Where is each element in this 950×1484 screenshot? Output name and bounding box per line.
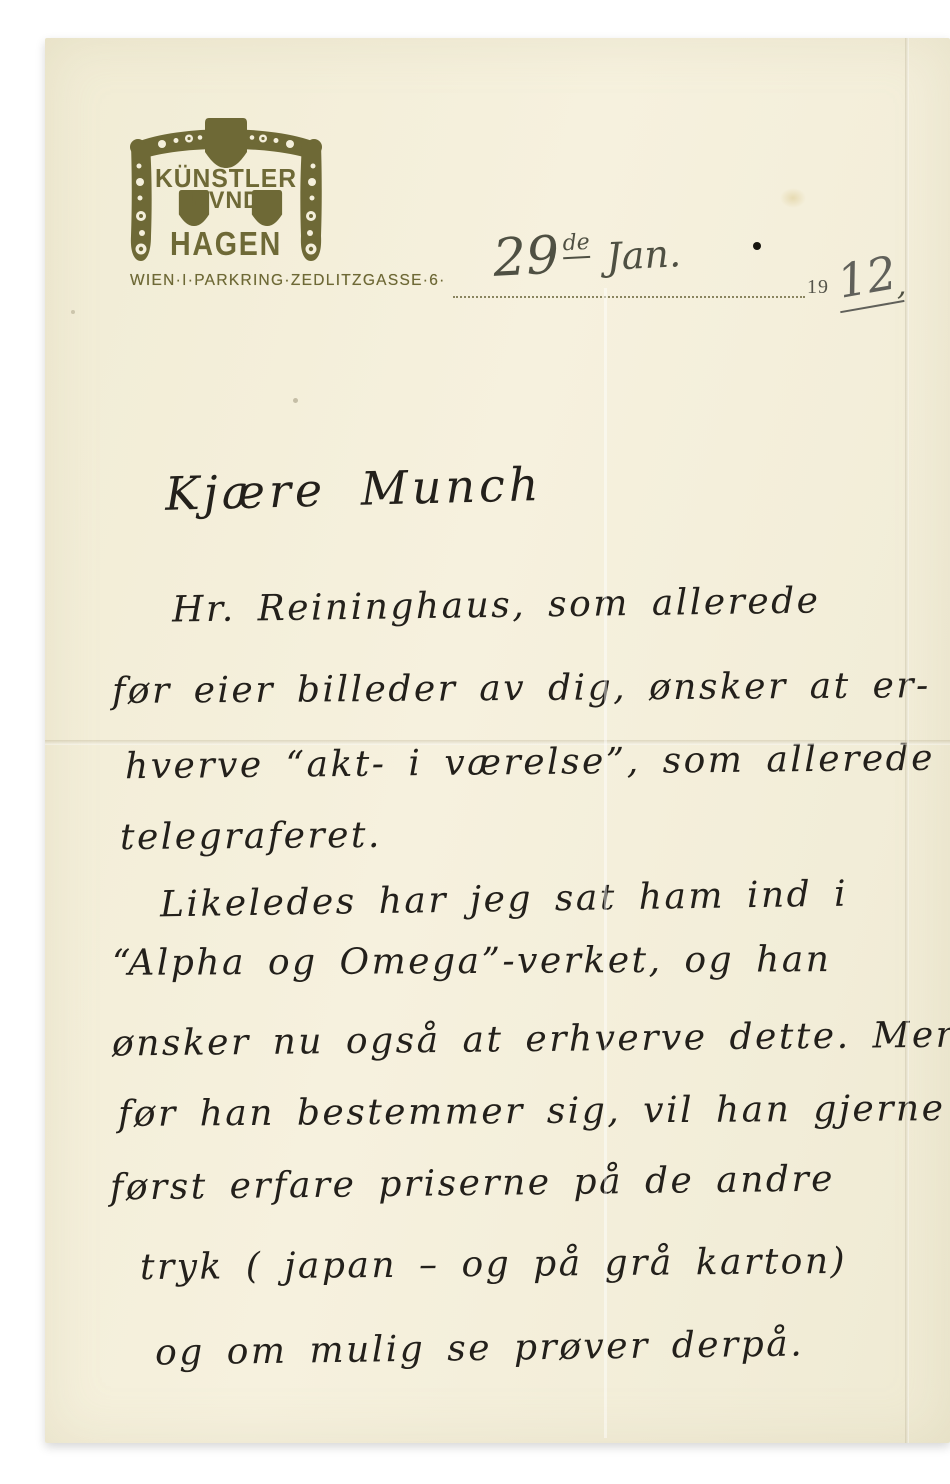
logo-shield-center <box>205 118 247 168</box>
letter-line: Likeledes har jeg sat ham ind i <box>160 874 849 926</box>
letter-line: Hr. Reininghaus, som allerede <box>172 580 821 630</box>
letter-line: tryk ( japan – og på grå karton) <box>140 1241 847 1288</box>
salutation: Kjære Munch <box>164 457 543 521</box>
paper-speck <box>71 310 75 314</box>
letter-line: telegraferet. <box>120 815 382 858</box>
letterhead-address: WIEN·I·PARKRING·ZEDLITZGASSE·6· <box>130 272 446 290</box>
logo-text-hagen: HAGEN <box>170 225 282 262</box>
handwritten-date: 29deJan. <box>492 219 683 289</box>
paper-stain <box>780 188 806 208</box>
ink-blot <box>753 242 761 250</box>
logo-text-bvnd: BVND <box>191 187 261 214</box>
paper-speck <box>293 398 298 403</box>
letter-line: før eier billeder av dig, ønsker at er- <box>112 665 931 712</box>
date-trailing-mark: , <box>897 268 907 303</box>
letter-paper: KÜNSTLER BVND HAGEN WIEN·I·PARKRING·ZEDL… <box>45 38 950 1443</box>
kunstlerbund-hagen-logo: KÜNSTLER BVND HAGEN <box>122 114 330 264</box>
date-day-suffix: de <box>562 230 591 259</box>
letter-line: før han bestemmer sig, vil han gjerne <box>118 1088 946 1135</box>
date-day: 29 <box>492 225 561 288</box>
date-month: Jan. <box>605 231 682 279</box>
letter-line: “Alpha og Omega”-verket, og han <box>112 939 832 984</box>
letter-line: hverve “akt- i værelse”, som allerede <box>125 738 935 787</box>
letter-line: og om mulig se prøver derpå. <box>155 1323 805 1373</box>
printed-year-prefix: 19 <box>807 276 829 299</box>
letter-line: ønsker nu også at erhverve dette. Men <box>112 1015 950 1065</box>
letter-line: først erfare priserne på de andre <box>110 1159 835 1209</box>
handwritten-year: 12 <box>830 245 904 313</box>
